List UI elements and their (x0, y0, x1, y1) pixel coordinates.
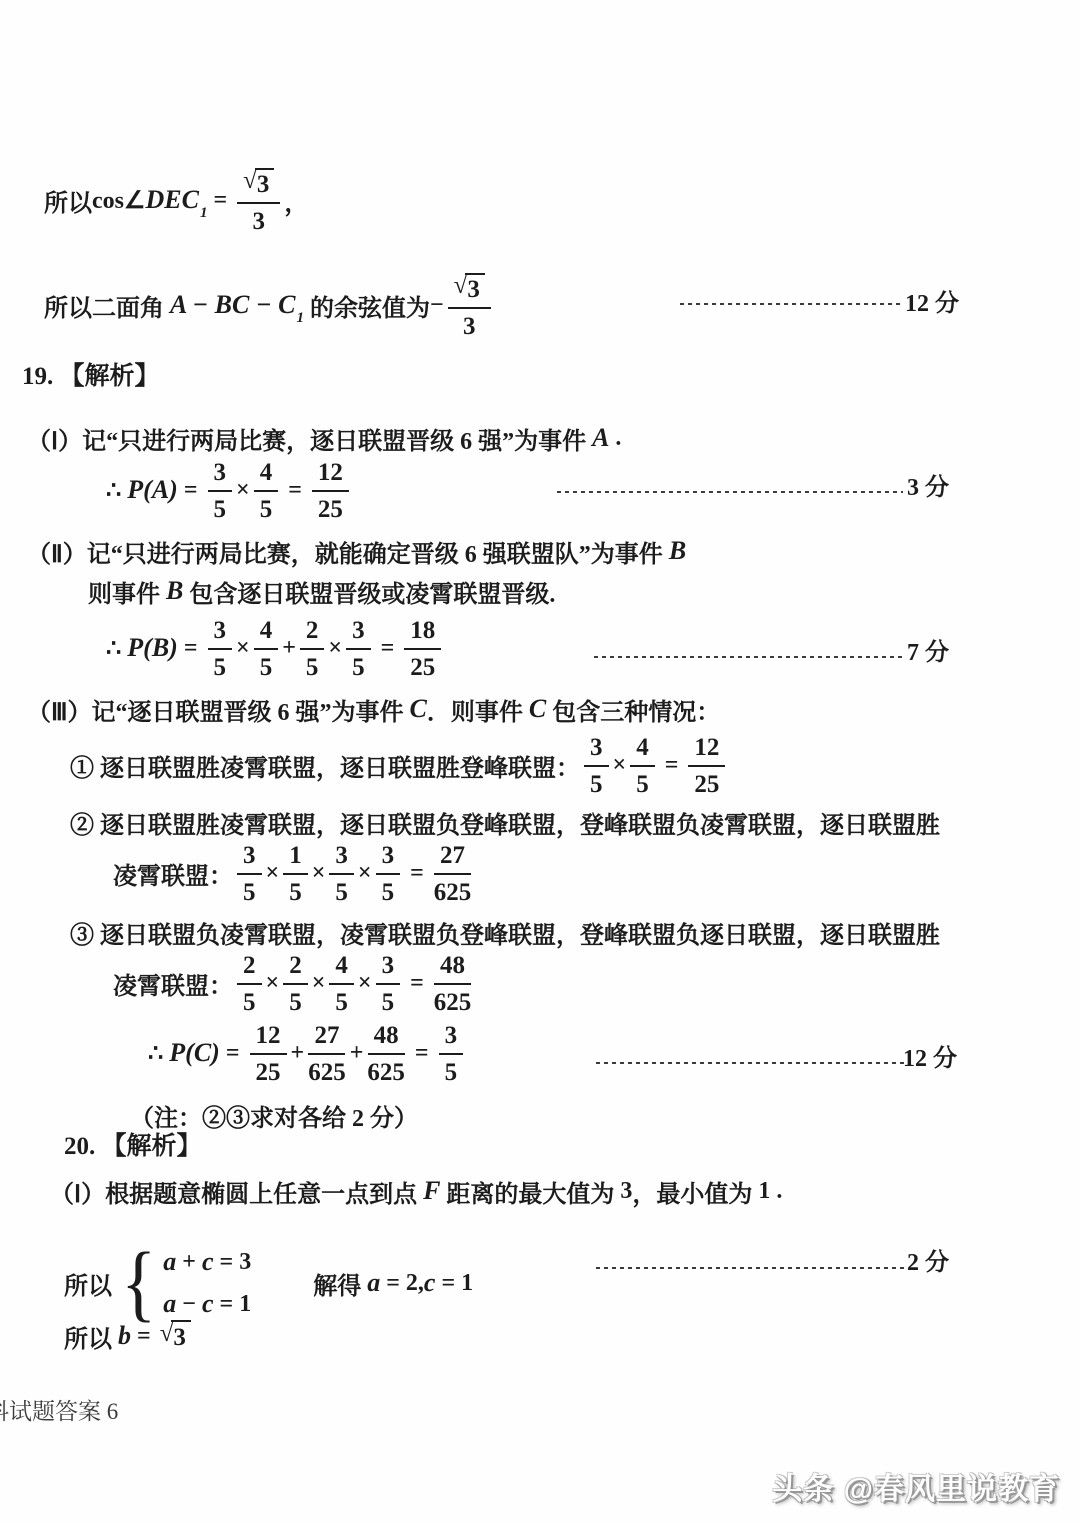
text-run: = (404, 970, 430, 997)
numerator: 3 (376, 951, 401, 985)
numerator: 18 (404, 616, 441, 650)
text-run: c (202, 1289, 214, 1319)
text-run: P(C) (169, 1038, 220, 1068)
line-19-case2-text: ② 逐日联盟胜凌霄联盟，逐日联盟负登峰联盟，登峰联盟负凌霄联盟，逐日联盟胜 (70, 806, 940, 838)
text-run: （Ⅱ）记“只进行两局比赛，就能确定晋级 6 强联盟队”为事件 (27, 534, 669, 569)
fraction: √33 (237, 166, 280, 234)
fraction: 35 (376, 841, 401, 905)
line-19-part1: （Ⅰ）记“只进行两局比赛，逐日联盟晋级 6 强”为事件 A . (27, 421, 621, 455)
text-run: − (176, 1291, 202, 1318)
text-run: 凌霄联盟： (113, 966, 233, 1001)
numerator: 3 (208, 458, 233, 492)
text-run: = (178, 635, 204, 662)
denominator: 625 (434, 875, 472, 905)
equation-a-minus-c: a − c = 1 (163, 1289, 251, 1319)
fraction: 35 (208, 616, 233, 680)
numerator: 4 (254, 458, 279, 492)
text-run: × (266, 970, 280, 997)
text-run: × (358, 970, 372, 997)
text-run: 所以二面角 (44, 288, 170, 323)
text-run: = (659, 752, 685, 779)
fraction: 35 (584, 733, 609, 797)
denominator: 5 (445, 1055, 458, 1085)
text-run: 3 (620, 1178, 632, 1205)
text-run: DEC1 (146, 185, 208, 215)
text-run: × (236, 635, 250, 662)
text-run: ∴ (106, 634, 127, 663)
fraction: 1225 (312, 458, 349, 522)
fraction: 48625 (367, 1021, 405, 1085)
score-label-12a: 12 分 (905, 283, 959, 318)
denominator: 625 (308, 1055, 346, 1085)
denominator: 5 (214, 650, 227, 680)
fraction: 45 (254, 616, 279, 680)
sqrt-expression: √3 (160, 1320, 191, 1352)
dotted-line (680, 303, 902, 305)
text-run: × (236, 477, 250, 504)
denominator: 5 (382, 875, 395, 905)
fraction: 35 (346, 616, 371, 680)
radicand: 3 (255, 168, 275, 197)
numerator: 12 (688, 733, 725, 767)
text-run: 2 (406, 1270, 418, 1297)
line-19-part2b: 则事件 B 包含逐日联盟晋级或凌霄联盟晋级. (88, 574, 555, 608)
text-run: ，最小值为 (632, 1174, 758, 1209)
score-label-2: 2 分 (907, 1242, 949, 1277)
fraction: 35 (376, 951, 401, 1015)
fraction: 15 (283, 841, 308, 905)
line-cos-dec-value: 所以cos∠DEC1 = √33， (44, 166, 308, 234)
fraction: 35 (208, 458, 233, 522)
fraction: 27625 (308, 1021, 346, 1085)
denominator: 5 (214, 492, 227, 522)
numerator: 48 (368, 1021, 405, 1055)
equation-stack: a + c = 3 a − c = 1 (163, 1247, 251, 1319)
text-run: cos∠ (92, 186, 146, 215)
denominator: 625 (367, 1055, 405, 1085)
equation-solution: 解得 a = 2,c = 1 (313, 1266, 473, 1301)
equation-pc: ∴ P(C) = 1225+27625+48625 = 35 (148, 1020, 467, 1086)
text-run: （Ⅰ）记“只进行两局比赛，逐日联盟晋级 6 强”为事件 (27, 421, 592, 456)
denominator: 25 (318, 492, 343, 522)
fraction: 1225 (688, 733, 725, 797)
denominator: 5 (590, 767, 603, 797)
numerator: 3 (376, 841, 401, 875)
fraction: 1225 (250, 1021, 287, 1085)
radicand: 3 (171, 1320, 191, 1352)
text-run: 的余弦值为 (304, 288, 430, 323)
equation-pa: ∴ P(A) = 35×45 = 1225 (106, 457, 353, 523)
text-run: ， (284, 183, 308, 218)
fraction: √33 (448, 271, 491, 339)
subscript: 1 (200, 205, 208, 222)
fraction: 25 (283, 951, 308, 1015)
numerator: 3 (346, 616, 371, 650)
text-run: b (118, 1321, 131, 1351)
text-run: + (176, 1249, 202, 1276)
numerator: 3 (208, 616, 233, 650)
numerator: 1 (283, 841, 308, 875)
denominator: 5 (352, 650, 365, 680)
text-run: . (770, 1178, 782, 1205)
text-run: A (592, 423, 609, 453)
fraction: 45 (630, 733, 655, 797)
denominator: 5 (260, 492, 273, 522)
text-run: a (163, 1247, 176, 1277)
numerator: 3 (439, 1021, 464, 1055)
denominator: 5 (260, 650, 273, 680)
left-brace: { (121, 1246, 156, 1319)
text-run: = (131, 1323, 157, 1350)
text-run: + (291, 1040, 305, 1067)
text-run: B (669, 536, 686, 566)
text-run: a (367, 1268, 380, 1298)
numerator: 2 (283, 951, 308, 985)
denominator: 5 (636, 767, 649, 797)
text-run: = (207, 187, 233, 214)
text-run: × (328, 635, 342, 662)
denominator: 5 (382, 985, 395, 1015)
text-run: c (202, 1247, 214, 1277)
text-run: = (214, 1291, 240, 1318)
line-19-part3: （Ⅲ）记“逐日联盟晋级 6 强”为事件 C．则事件 C 包含三种情况： (27, 692, 720, 726)
dotted-line (557, 491, 903, 493)
fraction: 45 (329, 951, 354, 1015)
line-b-value: 所以 b = √3 (64, 1316, 194, 1356)
text-run: = (282, 477, 308, 504)
text-run: 包含三种情况： (546, 692, 720, 727)
page-footer-label: 科试题答案 6 (0, 1393, 118, 1426)
text-run: 包含逐日联盟晋级或凌霄联盟晋级. (183, 574, 555, 609)
fraction: 35 (237, 841, 262, 905)
denominator: 5 (243, 875, 256, 905)
numerator: √3 (448, 271, 491, 309)
text-run: C (410, 694, 427, 724)
text-run: 3 (239, 1249, 251, 1276)
text-run: ① 逐日联盟胜凌霄联盟，逐日联盟胜登峰联盟： (70, 748, 580, 783)
score-label-12b: 12 分 (903, 1038, 957, 1073)
fraction: 25 (237, 951, 262, 1015)
numerator: 3 (237, 841, 262, 875)
fraction: 35 (439, 1021, 464, 1085)
line-19-part2: （Ⅱ）记“只进行两局比赛，就能确定晋级 6 强联盟队”为事件 B (27, 534, 686, 568)
text-run: = (435, 1270, 461, 1297)
case3-text: ③ 逐日联盟负凌霄联盟，凌霄联盟负登峰联盟，登峰联盟负逐日联盟，逐日联盟胜 (70, 915, 940, 950)
text-run: × (312, 860, 326, 887)
line-19-case1: ① 逐日联盟胜凌霄联盟，逐日联盟胜登峰联盟：35×45 = 1225 (70, 732, 729, 798)
text-run: c (424, 1268, 436, 1298)
text-run: B (166, 576, 183, 606)
text-run: = (214, 1249, 240, 1276)
answer-sheet-page: 所以cos∠DEC1 = √33， 所以二面角 A − BC − C1 的余弦值… (0, 0, 1080, 1523)
radicand: 3 (465, 273, 485, 302)
text-run: × (266, 860, 280, 887)
fraction: 45 (254, 458, 279, 522)
text-run: = (409, 1040, 435, 1067)
denominator: 5 (335, 875, 348, 905)
text-run: 1 (239, 1291, 251, 1318)
text-run: 距离的最大值为 (440, 1174, 620, 1209)
numerator: 2 (237, 951, 262, 985)
toutiao-watermark: 头条 @春风里说教育 (772, 1464, 1060, 1508)
denominator: 5 (335, 985, 348, 1015)
denominator: 5 (289, 985, 302, 1015)
text-run: 所以 (44, 183, 92, 218)
text-run: P(A) (127, 475, 178, 505)
fraction: 1825 (404, 616, 441, 680)
numerator: 4 (329, 951, 354, 985)
text-run: 则事件 (88, 574, 166, 609)
denominator: 3 (253, 204, 266, 234)
dotted-line (594, 656, 904, 658)
equation-case3: 凌霄联盟：25×25×45×35 = 48625 (113, 950, 475, 1016)
denominator: 5 (243, 985, 256, 1015)
text-run: = (380, 1270, 406, 1297)
text-run: ∴ (106, 476, 127, 505)
text-run: ．则事件 (427, 692, 529, 727)
fraction: 25 (300, 616, 325, 680)
numerator: 48 (434, 951, 471, 985)
text-run: = (220, 1040, 246, 1067)
text-run: 1 (758, 1178, 770, 1205)
denominator: 625 (434, 985, 472, 1015)
text-run: + (350, 1040, 364, 1067)
text-run: + (282, 635, 296, 662)
score-label-3: 3 分 (907, 467, 949, 502)
denominator: 25 (256, 1055, 281, 1085)
denominator: 3 (463, 309, 476, 339)
text-run: a (163, 1289, 176, 1319)
denominator: 25 (694, 767, 719, 797)
text-run: 1 (461, 1270, 473, 1297)
denominator: 25 (410, 650, 435, 680)
text-run: . (609, 425, 621, 452)
text-run: × (312, 970, 326, 997)
equation-a-plus-c: a + c = 3 (163, 1247, 251, 1277)
text-run: × (613, 752, 627, 779)
text-run: 解得 (313, 1266, 367, 1301)
line-dihedral-conclusion: 所以二面角 A − BC − C1 的余弦值为−√33 (44, 271, 495, 339)
section-20-header: 20. 【解析】 (64, 1128, 202, 1160)
text-run: = (178, 477, 204, 504)
text-run: = (375, 635, 401, 662)
text-run: × (358, 860, 372, 887)
denominator: 5 (289, 875, 302, 905)
section-19-header: 19. 【解析】 (22, 358, 160, 390)
text-run: F (423, 1176, 440, 1206)
numerator: 2 (300, 616, 325, 650)
text-run: = (404, 860, 430, 887)
numerator: 27 (434, 841, 471, 875)
text-run: ∴ (148, 1039, 169, 1068)
equation-case2: 凌霄联盟：35×15×35×35 = 27625 (113, 840, 475, 906)
fraction: 27625 (434, 841, 472, 905)
fraction: 48625 (434, 951, 472, 1015)
line-20-part1: （Ⅰ）根据题意椭圆上任意一点到点 F 距离的最大值为 3，最小值为 1 . (50, 1174, 782, 1208)
numerator: 3 (584, 733, 609, 767)
case2-text: ② 逐日联盟胜凌霄联盟，逐日联盟负登峰联盟，登峰联盟负凌霄联盟，逐日联盟胜 (70, 805, 940, 840)
text-suoyi: 所以 (64, 1266, 112, 1301)
numerator: 12 (250, 1021, 287, 1055)
numerator: √3 (237, 166, 280, 204)
numerator: 12 (312, 458, 349, 492)
text-run: 所以 (64, 1319, 118, 1354)
line-19-case3-text: ③ 逐日联盟负凌霄联盟，凌霄联盟负登峰联盟，登峰联盟负逐日联盟，逐日联盟胜 (70, 916, 940, 948)
fraction: 35 (329, 841, 354, 905)
numerator: 3 (329, 841, 354, 875)
numerator: 4 (254, 616, 279, 650)
dotted-line (596, 1062, 904, 1064)
text-run: A − BC − C1 (170, 290, 304, 320)
dotted-line (596, 1267, 904, 1269)
text-run: C (529, 694, 546, 724)
score-label-7: 7 分 (907, 632, 949, 667)
denominator: 5 (306, 650, 319, 680)
text-run: P(B) (127, 633, 178, 663)
equation-pb: ∴ P(B) = 35×45+25×35 = 1825 (106, 615, 445, 681)
subscript: 1 (296, 310, 304, 327)
text-run: （Ⅰ）根据题意椭圆上任意一点到点 (50, 1174, 423, 1209)
numerator: 4 (630, 733, 655, 767)
text-run: − (430, 292, 444, 319)
text-run: 凌霄联盟： (113, 856, 233, 891)
text-run: （Ⅲ）记“逐日联盟晋级 6 强”为事件 (27, 692, 410, 727)
numerator: 27 (308, 1021, 345, 1055)
